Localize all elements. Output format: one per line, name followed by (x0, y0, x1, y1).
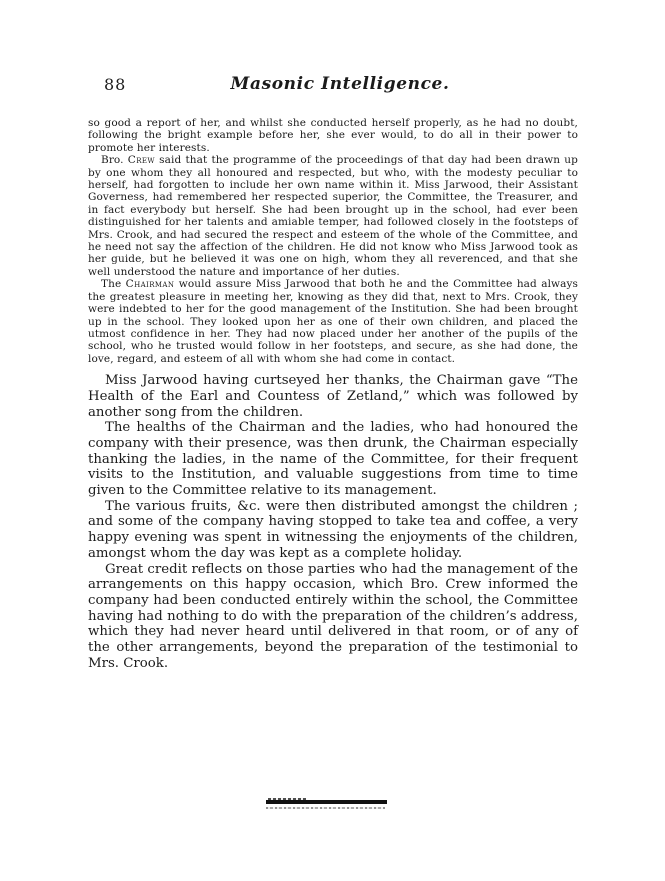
paragraph: The healths of the Chairman and the ladi… (88, 420, 578, 499)
paragraph: Miss Jarwood having curtseyed her thanks… (88, 373, 578, 420)
text-segment: The healths of the Chairman and the ladi… (88, 420, 578, 498)
paragraph: The Chairman would assure Miss Jarwood t… (88, 278, 578, 365)
page-header: 88 Masonic Intelligence. (88, 74, 578, 96)
page-number: 88 (104, 75, 126, 94)
text-segment: so good a report of her, and whilst she … (88, 117, 578, 154)
text-segment: The (101, 278, 126, 290)
footer-rule-smudge (266, 807, 385, 809)
text-block-small: so good a report of her, and whilst she … (88, 117, 578, 365)
text-segment: Miss Jarwood having curtseyed her thanks… (88, 373, 578, 419)
text-body: so good a report of her, and whilst she … (88, 117, 578, 671)
text-segment: The various fruits, &c. were then distri… (88, 499, 578, 561)
footer-rule-bar (266, 800, 387, 804)
paragraph: so good a report of her, and whilst she … (88, 117, 578, 154)
smallcaps-name: Crew (128, 154, 155, 166)
smallcaps-name: Chairman (126, 278, 175, 290)
paragraph: Great credit reflects on those parties w… (88, 562, 578, 672)
text-segment: Bro. (101, 154, 128, 166)
text-segment: said that the programme of the proceedin… (88, 154, 578, 278)
scanned-book-page: 88 Masonic Intelligence. so good a repor… (0, 0, 665, 881)
text-block-large: Miss Jarwood having curtseyed her thanks… (88, 373, 578, 671)
text-segment: would assure Miss Jarwood that both he a… (88, 278, 578, 364)
text-segment: Great credit reflects on those parties w… (88, 562, 578, 671)
footer-rule (266, 799, 387, 811)
paragraph: Bro. Crew said that the programme of the… (88, 154, 578, 278)
paragraph: The various fruits, &c. were then distri… (88, 499, 578, 562)
running-title: Masonic Intelligence. (88, 74, 578, 94)
